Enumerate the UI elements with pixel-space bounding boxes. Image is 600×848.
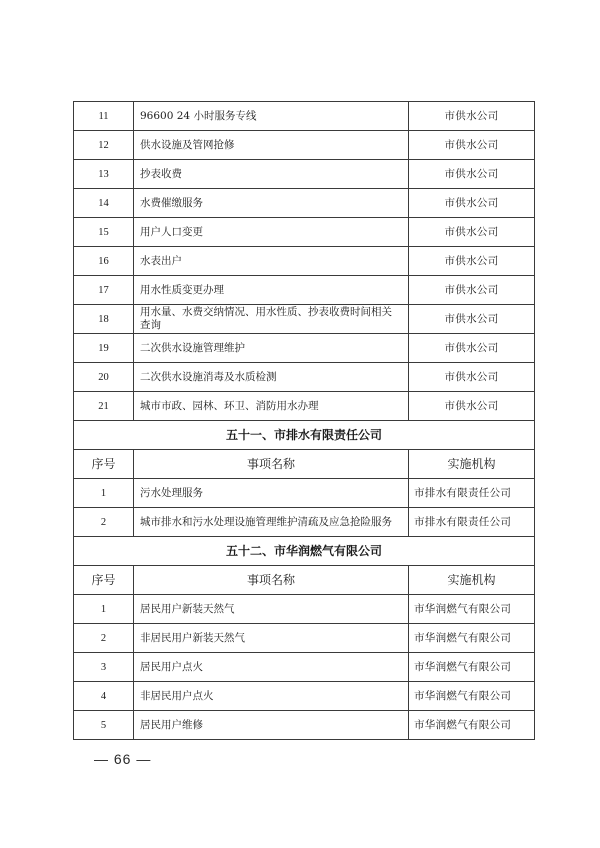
item-name: 二次供水设施消毒及水质检测 [134,363,409,392]
implementing-org: 市华润燃气有限公司 [409,682,535,711]
row-number: 18 [74,305,134,334]
table-row: 3 居民用户点火 市华润燃气有限公司 [74,653,535,682]
table-row: 5 居民用户维修 市华润燃气有限公司 [74,711,535,740]
row-number: 11 [74,102,134,131]
row-number: 2 [74,624,134,653]
item-name: 96600 24 小时服务专线 [134,102,409,131]
implementing-org: 市供水公司 [409,305,535,334]
implementing-org: 市华润燃气有限公司 [409,595,535,624]
implementing-org: 市供水公司 [409,363,535,392]
section-title-row: 五十二、市华润燃气有限公司 [74,537,535,566]
implementing-org: 市排水有限责任公司 [409,479,535,508]
item-name: 城市排水和污水处理设施管理维护清疏及应急抢险服务 [134,508,409,537]
header-implementing-org: 实施机构 [409,450,535,479]
row-number: 13 [74,160,134,189]
row-number: 16 [74,247,134,276]
row-number: 1 [74,479,134,508]
table-row: 1 污水处理服务 市排水有限责任公司 [74,479,535,508]
column-header-row: 序号 事项名称 实施机构 [74,566,535,595]
row-number: 5 [74,711,134,740]
row-number: 21 [74,392,134,421]
item-name: 供水设施及管网抢修 [134,131,409,160]
implementing-org: 市供水公司 [409,160,535,189]
item-name: 居民用户新装天然气 [134,595,409,624]
row-number: 1 [74,595,134,624]
implementing-org: 市供水公司 [409,218,535,247]
row-number: 4 [74,682,134,711]
item-name: 用水量、水费交纳情况、用水性质、抄表收费时间相关查询 [134,305,409,334]
item-name: 二次供水设施管理维护 [134,334,409,363]
item-name: 非居民用户点火 [134,682,409,711]
table-row: 21 城市市政、园林、环卫、消防用水办理 市供水公司 [74,392,535,421]
implementing-org: 市供水公司 [409,131,535,160]
item-name: 抄表收费 [134,160,409,189]
item-name: 水表出户 [134,247,409,276]
item-name: 城市市政、园林、环卫、消防用水办理 [134,392,409,421]
header-number: 序号 [74,450,134,479]
item-name: 水费催缴服务 [134,189,409,218]
implementing-org: 市供水公司 [409,189,535,218]
implementing-org: 市供水公司 [409,334,535,363]
header-item-name: 事项名称 [134,566,409,595]
table-row: 15 用户人口变更 市供水公司 [74,218,535,247]
item-name: 用水性质变更办理 [134,276,409,305]
header-number: 序号 [74,566,134,595]
service-items-table: 11 96600 24 小时服务专线 市供水公司 12 供水设施及管网抢修 市供… [73,101,535,740]
section-title-row: 五十一、市排水有限责任公司 [74,421,535,450]
table-row: 4 非居民用户点火 市华润燃气有限公司 [74,682,535,711]
header-item-name: 事项名称 [134,450,409,479]
implementing-org: 市供水公司 [409,247,535,276]
section-title: 五十二、市华润燃气有限公司 [74,537,535,566]
item-name: 污水处理服务 [134,479,409,508]
item-name: 居民用户点火 [134,653,409,682]
row-number: 2 [74,508,134,537]
column-header-row: 序号 事项名称 实施机构 [74,450,535,479]
row-number: 20 [74,363,134,392]
section-title: 五十一、市排水有限责任公司 [74,421,535,450]
table-row: 18 用水量、水费交纳情况、用水性质、抄表收费时间相关查询 市供水公司 [74,305,535,334]
row-number: 3 [74,653,134,682]
item-name: 居民用户维修 [134,711,409,740]
implementing-org: 市华润燃气有限公司 [409,653,535,682]
table-row: 12 供水设施及管网抢修 市供水公司 [74,131,535,160]
table-row: 11 96600 24 小时服务专线 市供水公司 [74,102,535,131]
item-name: 用户人口变更 [134,218,409,247]
row-number: 19 [74,334,134,363]
row-number: 17 [74,276,134,305]
implementing-org: 市供水公司 [409,276,535,305]
implementing-org: 市华润燃气有限公司 [409,624,535,653]
implementing-org: 市华润燃气有限公司 [409,711,535,740]
item-name: 非居民用户新装天然气 [134,624,409,653]
table-row: 16 水表出户 市供水公司 [74,247,535,276]
header-implementing-org: 实施机构 [409,566,535,595]
row-number: 14 [74,189,134,218]
implementing-org: 市供水公司 [409,102,535,131]
table-row: 1 居民用户新装天然气 市华润燃气有限公司 [74,595,535,624]
table-row: 2 城市排水和污水处理设施管理维护清疏及应急抢险服务 市排水有限责任公司 [74,508,535,537]
table-row: 2 非居民用户新装天然气 市华润燃气有限公司 [74,624,535,653]
table-row: 13 抄表收费 市供水公司 [74,160,535,189]
table-row: 14 水费催缴服务 市供水公司 [74,189,535,218]
table-row: 20 二次供水设施消毒及水质检测 市供水公司 [74,363,535,392]
table-row: 19 二次供水设施管理维护 市供水公司 [74,334,535,363]
implementing-org: 市供水公司 [409,392,535,421]
row-number: 15 [74,218,134,247]
table-row: 17 用水性质变更办理 市供水公司 [74,276,535,305]
implementing-org: 市排水有限责任公司 [409,508,535,537]
row-number: 12 [74,131,134,160]
page-number: — 66 — [94,751,151,767]
